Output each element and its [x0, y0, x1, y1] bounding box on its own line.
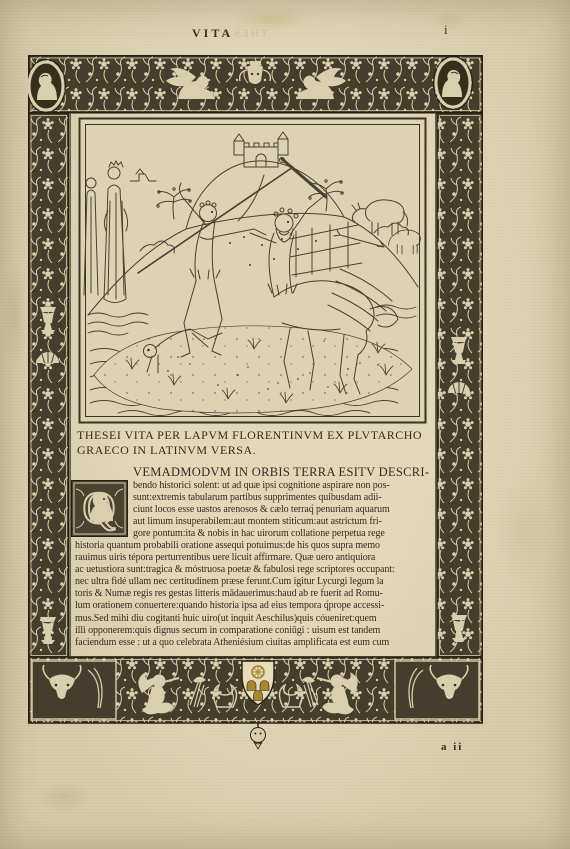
body-line: VEMADMODVM IN ORBIS TERRA ESITV DESCRI-	[75, 466, 435, 480]
quire-signature: a ii	[441, 741, 463, 753]
body-line: rauimus uiris tépora perturrentibus uere…	[75, 552, 435, 564]
body-line: nec ultra fidé ullam nec certitudinem pr…	[75, 576, 435, 588]
folio-number: i	[444, 22, 448, 38]
body-line: faciendum esse : ut a quo celebrata Athe…	[75, 637, 435, 649]
body-line: bendo historici solent: ut ad quæ ipsi c…	[75, 480, 435, 492]
body-text: VEMADMODVM IN ORBIS TERRA ESITV DESCRI- …	[75, 466, 435, 649]
woodcut-illustration	[78, 117, 427, 424]
body-line: sunt:extremis tabularum partibus supprim…	[75, 492, 435, 504]
caption-line: THESEI VITA PER LAPVM FLORENTINVM EX PLV…	[77, 428, 434, 443]
caption-line: GRAECO IN LATINVM VERSA.	[77, 443, 434, 458]
body-line: illi opponerem:quis dignus secum in comp…	[75, 625, 435, 637]
woodcut-caption: THESEI VITA PER LAPVM FLORENTINVM EX PLV…	[77, 428, 434, 458]
paper-stain	[432, 8, 468, 32]
body-line: ac uetustiora sunt:tragica & móstruosa p…	[75, 564, 435, 576]
pendant-mask-icon	[251, 723, 266, 749]
border-left-strip	[29, 113, 69, 658]
bucranium-panel	[32, 661, 116, 719]
body-line: historia quantum probabili oratione asse…	[75, 540, 435, 552]
paper-stain	[36, 780, 92, 814]
body-line: mus.Sed mihi diu cogitanti huic uiro(ut …	[75, 613, 435, 625]
bust-medallion-icon	[28, 60, 66, 113]
paper-stain	[2, 260, 28, 370]
running-title: VITA	[192, 26, 233, 41]
body-line: toris & Numæ regis res gestas litteris m…	[75, 588, 435, 600]
body-line: ciunt locos esse uastos arenosos & cælo …	[75, 504, 435, 516]
bucranium-panel	[395, 661, 479, 719]
body-line: lum orationem conuertere:quando historia…	[75, 600, 435, 612]
body-line: gore pontum:ita & nobis in hac uirorum c…	[75, 528, 435, 540]
body-line: aut limum insuperabilem:aut montem stiti…	[75, 516, 435, 528]
bust-medallion-icon	[434, 57, 473, 110]
paper-stain	[496, 470, 552, 590]
showthrough-text: THES	[232, 28, 268, 40]
book-page: VITA THES i	[0, 0, 570, 849]
